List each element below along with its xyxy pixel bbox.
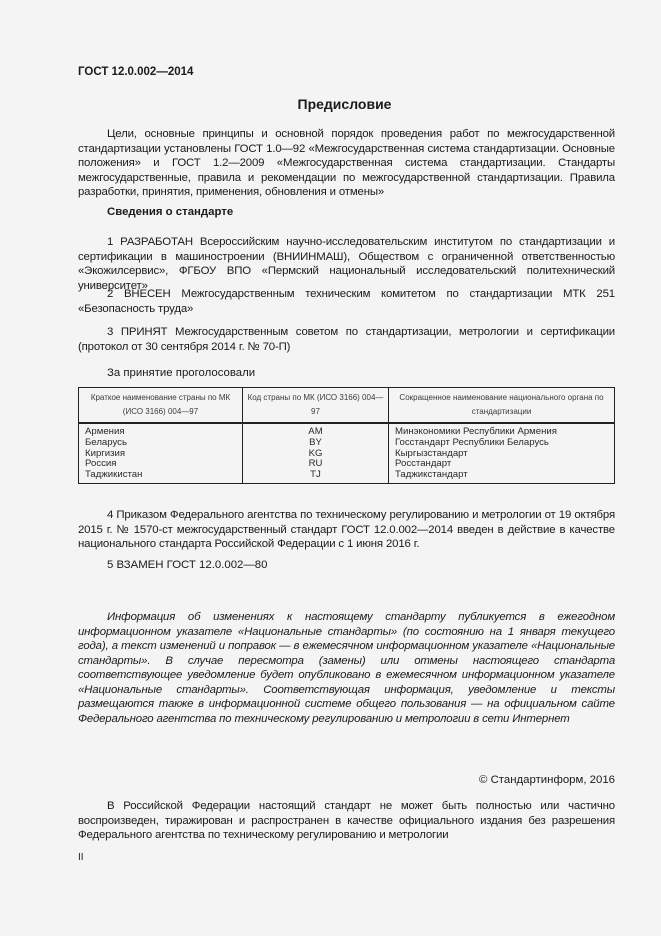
changes-notice: Информация об изменениях к настоящему ст… [78,610,615,726]
info-item-3: 3 ПРИНЯТ Межгосударственным советом по с… [78,325,615,354]
info-item-4: 4 Приказом Федерального агентства по тех… [78,508,615,552]
info-item-5: 5 ВЗАМЕН ГОСТ 12.0.002—80 [107,559,267,571]
national-body: Таджикстандарт [395,470,608,481]
info-item-2: 2 ВНЕСЕН Межгосударственным техническим … [78,287,615,316]
info-item-1: 1 РАЗРАБОТАН Всероссийским научно-исслед… [78,235,615,293]
country-code: TJ [249,470,382,481]
country-code: BY [249,438,382,449]
country-name: Таджикистан [85,470,236,481]
column-header-country: Краткое наименование страны по МК (ИСО 3… [79,388,243,424]
copyright-notice: © Стандартинформ, 2016 [479,774,615,786]
national-body: Госстандарт Республики Беларусь [395,438,608,449]
column-header-national-body: Сокращенное наименование национального о… [389,388,615,424]
country-column: Армения Беларусь Киргизия Россия Таджики… [79,423,243,483]
code-column: AM BY KG RU TJ [243,423,389,483]
national-body-column: Минэкономики Республики Армения Госстанд… [389,423,615,483]
column-header-code: Код страны по МК (ИСО 3166) 004—97 [243,388,389,424]
document-page: ГОСТ 12.0.002—2014 Предисловие Цели, осн… [0,0,661,936]
voting-countries-table: Краткое наименование страны по МК (ИСО 3… [78,387,615,484]
section-heading-standard-info: Сведения о стандарте [107,206,233,218]
table-body-row: Армения Беларусь Киргизия Россия Таджики… [79,423,615,483]
rights-paragraph: В Российской Федерации настоящий стандар… [78,799,615,843]
page-number: II [78,852,84,863]
country-name: Беларусь [85,438,236,449]
voted-label: За принятие проголосовали [107,367,255,379]
intro-paragraph: Цели, основные принципы и основной поряд… [78,127,615,200]
table-header-row: Краткое наименование страны по МК (ИСО 3… [79,388,615,424]
page-title: Предисловие [0,96,661,112]
document-code: ГОСТ 12.0.002—2014 [78,66,193,78]
